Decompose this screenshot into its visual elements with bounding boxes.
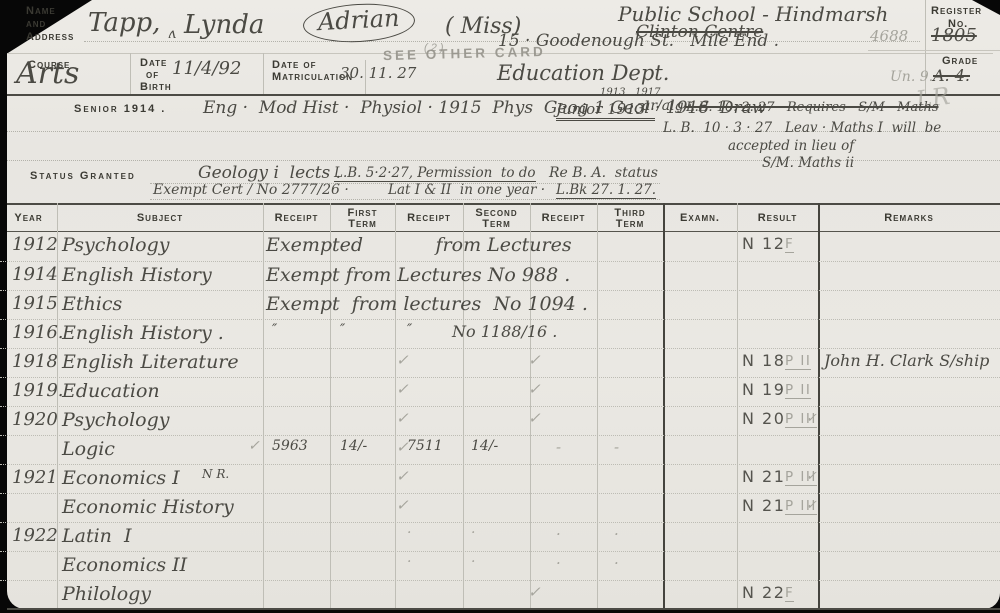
cell-note: N R. [202,467,229,481]
cell-term2: · [471,554,475,570]
name-surname: Tapp, [88,8,160,38]
senior-note2: accepted in lieu of [728,138,854,154]
course-value: Arts [16,56,79,91]
cell-year: 1919. [12,380,64,401]
cell-remarks: John H. Clark S/ship [824,351,989,370]
cell-year: 1921 [12,467,58,488]
register-pencil-number: 4688 [870,27,908,45]
checkmark: ✓ [396,438,409,456]
cell-year: 1912 [12,234,58,255]
cell-subject: Logic [62,438,115,460]
cell-subject: Economics I [62,467,180,489]
cell-subject: Latin I [62,525,131,547]
register-number-struck: 1805 [931,25,977,46]
name-caret: ʌ [168,26,176,42]
birth-label-line1: Date [140,58,167,69]
column-header: Receipt [395,206,463,231]
table-row: 1919.Education✓✓N 19P II [0,377,1000,407]
cell-rcpt3: · [556,525,561,543]
cell-result-pencil: P II [785,382,811,399]
cell-schk: ✓ [248,438,260,454]
column-header: Year [0,206,57,231]
cell-term2: · [471,525,475,541]
cell-term3: · [614,525,619,543]
rule-line [150,199,660,200]
senior-aralg: ar/alg · [642,98,692,114]
table-row: Logic✓596314/-751114/---✓ [0,435,1000,465]
cell-rcpt2: ″ [407,322,412,338]
scanned-record-card: Name and Address Course Date of Birth Da… [0,0,1000,613]
cell-exemption-note: Exempt from lectures No 1094 . [266,293,588,315]
senior-struck-note: L.B. 10. 2. 27 Requires S/M Maths [686,100,939,115]
name-label-line3: Address [26,32,74,43]
rule-line [868,50,1000,51]
birth-date-value: 11/4/92 [172,58,241,79]
column-line [130,53,131,94]
cell-year: 1920 [12,409,58,430]
senior-junior: Junior 1913 · [556,100,655,121]
table-row: 1918English LiteratureJohn H. Clark S/sh… [0,348,1000,378]
cell-year: 1914 [12,264,58,285]
cell-rcpt1: ″ [272,322,277,338]
cell-result: N 18 [742,351,785,370]
birth-label-line2: of [146,70,159,81]
cell-term2: 14/- [471,438,498,454]
status-line2: Exempt Cert / No 2777/26 · [153,182,349,198]
senior-note1: L. B. 10 · 3 · 27 Leav · Maths I will be [663,120,941,136]
cell-subject: English Literature [62,351,239,373]
cell-result: N 20 [742,409,785,428]
cell-mid: No 1188/16 . [452,322,557,341]
table-row: 1916.English History .″″″No 1188/16 . [0,319,1000,349]
cell-year: 1918 [12,351,58,372]
cell-year: 1922 [12,525,58,546]
cell-result-pencil: F [785,585,794,602]
cell-term3: - [614,438,619,456]
rule-line [7,94,1000,96]
name-label-line2: and [26,19,46,30]
cell-result: N 19 [742,380,785,399]
checkmark: ✓ [806,411,817,426]
cell-result-pencil: P II [785,353,811,370]
table-row: 1922Latin I···· [0,522,1000,552]
checkmark: ✓ [396,409,409,427]
column-line [263,53,264,94]
cell-exemption-note: Exempt from Lectures No 988 . [266,264,570,286]
column-header: Examn. [663,206,737,231]
status-mid1: L.B. 5·2·27, Permission to do [334,165,536,182]
birth-label-line3: Birth [140,82,172,93]
table-row: Economics II···· [0,551,1000,581]
table-row: 1912PsychologyExempted from LecturesN 12… [0,232,1000,261]
checkmark: ✓ [396,496,409,514]
rule-line [7,203,1000,205]
checkmark: ✓ [806,469,817,484]
name-given: Lynda [184,10,264,40]
cell-exemption-note: Exempted from Lectures [266,234,572,256]
cell-subject: Economics II [62,554,187,576]
checkmark: ✓ [528,380,541,398]
table-row: 1921Economics IN R.✓N 21P III✓ [0,464,1000,494]
checkmark: ✓ [528,409,541,427]
cell-subject: Psychology [62,409,170,431]
senior-label: Senior 1914 . [74,104,166,115]
column-header: Subject [57,206,263,231]
column-header: Remarks [818,206,1000,231]
cell-rcpt2: · [407,554,411,570]
cell-rcpt3: · [556,554,561,572]
cell-subject: Ethics [62,293,122,315]
grade-pencil-value: Un. 9. [890,69,933,85]
status-right1: Re B. A. status [549,165,658,181]
checkmark: ✓ [806,498,817,513]
cell-result: N 22 [742,583,785,602]
cell-result: N 12 [742,234,785,253]
cell-result: N 21 [742,496,785,515]
checkmark: ✓ [528,583,541,601]
table-row: 1914English HistoryExempt from Lectures … [0,261,1000,291]
cell-rcpt2: 7511 [407,438,443,454]
senior-note3: S/M. Maths ii [762,155,854,171]
cell-result: N 21 [742,467,785,486]
checkmark: ✓ [396,380,409,398]
cell-subject: English History . [62,322,224,344]
column-header: First Term [330,206,395,231]
column-header: Second Term [463,206,530,231]
cell-subject: English History [62,264,212,286]
table-row: Economic History✓N 21P III✓ [0,493,1000,523]
name-label-line1: Name [26,6,56,17]
cell-subject: Education [62,380,160,402]
name-circled: Adrian [302,1,415,45]
cell-subject: Philology [62,583,151,605]
cell-rcpt1: 5963 [272,438,308,454]
cell-year: 1915 [12,293,58,314]
cell-year: 1916. [12,322,64,343]
matriculation-date-value: 30. 11. 27 [340,64,416,82]
matric-label-line1: Date of [272,60,317,71]
status-right2: L.Bk 27. 1. 27. [556,182,656,199]
department-value: Education Dept. [497,61,669,85]
checkmark: ✓ [396,351,409,369]
status-line1: Geology i lects . [198,163,341,183]
register-label-line1: Register [931,6,982,17]
status-granted-label: Status Granted [30,171,136,182]
cell-subject: Psychology [62,234,170,256]
column-header: Third Term [597,206,663,231]
table-row: 1920Psychology✓✓N 20P III✓ [0,406,1000,436]
column-header: Result [737,206,818,231]
table-row: 1915EthicsExempt from lectures No 1094 . [0,290,1000,320]
cell-result-pencil: F [785,236,794,253]
senior-super-years: 1913 1917 [600,87,660,98]
table-row: Philology✓N 22F [0,580,1000,610]
cell-term1: ″ [340,322,345,338]
cell-term1: 14/- [340,438,367,454]
cell-rcpt2: · [407,525,411,541]
cell-term3: · [614,554,619,572]
cell-rcpt3: - [556,438,561,456]
checkmark: ✓ [396,467,409,485]
cell-subject: Economic History [62,496,234,518]
checkmark: ✓ [528,351,541,369]
column-header: Receipt [530,206,597,231]
column-header: Receipt [263,206,330,231]
status-mid2: Lat I & II in one year · [388,182,545,198]
